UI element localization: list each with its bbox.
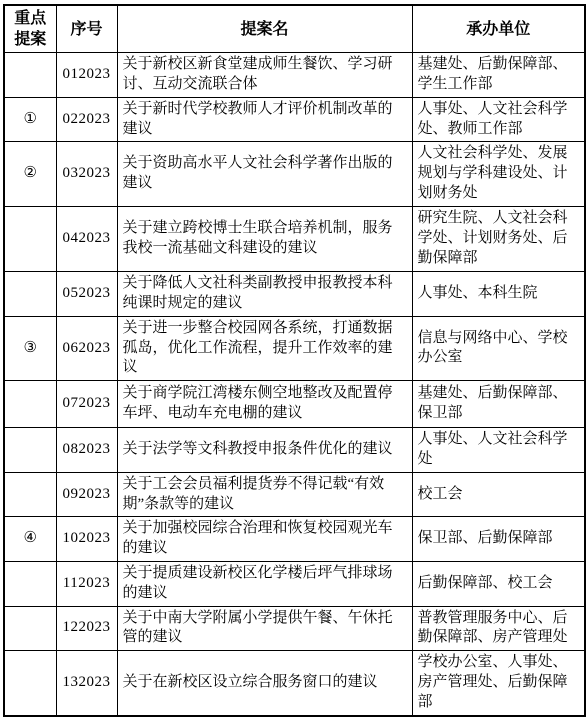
table-row: 132023 关于在新校区设立综合服务窗口的建议 学校办公室、人事处、房产管理处…: [4, 651, 585, 716]
proposal-name: 关于新时代学校教师人才评价机制改革的建议: [117, 97, 412, 142]
responsible-units: 保卫部、后勤保障部: [412, 517, 585, 562]
key-marker: [4, 53, 56, 98]
serial-number: 032023: [56, 142, 117, 206]
table-row: 042023 关于建立跨校博士生联合培养机制，服务我校一流基础文科建设的建议 研…: [4, 206, 585, 271]
key-marker: [4, 271, 56, 316]
col-header-serial: 序号: [56, 5, 117, 53]
key-marker: [4, 472, 56, 517]
key-marker: [4, 606, 56, 651]
key-marker: ③: [4, 316, 56, 380]
responsible-units: 基建处、后勤保障部、学生工作部: [412, 53, 585, 98]
key-marker: [4, 561, 56, 606]
table-row: ③ 062023 关于进一步整合校园网各系统，打通数据孤岛，优化工作流程，提升工…: [4, 316, 585, 380]
table-row: 052023 关于降低人文社科类副教授申报教授本科纯课时规定的建议 人事处、本科…: [4, 271, 585, 316]
proposal-name: 关于加强校园综合治理和恢复校园观光车的建议: [117, 517, 412, 562]
key-marker: [4, 428, 56, 473]
serial-number: 012023: [56, 53, 117, 98]
proposal-name: 关于进一步整合校园网各系统，打通数据孤岛，优化工作流程，提升工作效率的建议: [117, 316, 412, 380]
serial-number: 122023: [56, 606, 117, 651]
table-row: ② 032023 关于资助高水平人文社会科学著作出版的建议 人文社会科学处、发展…: [4, 142, 585, 206]
serial-number: 132023: [56, 651, 117, 716]
key-marker: ④: [4, 517, 56, 562]
proposal-name: 关于资助高水平人文社会科学著作出版的建议: [117, 142, 412, 206]
serial-number: 102023: [56, 517, 117, 562]
serial-number: 052023: [56, 271, 117, 316]
responsible-units: 人事处、人文社会科学处、教师工作部: [412, 97, 585, 142]
responsible-units: 基建处、后勤保障部、保卫部: [412, 381, 585, 428]
header-row: 重点 提案 序号 提案名 承办单位: [4, 5, 585, 53]
responsible-units: 人事处、本科生院: [412, 271, 585, 316]
proposal-name: 关于新校区新食堂建成师生餐饮、学习研讨、互动交流联合体: [117, 53, 412, 98]
responsible-units: 学校办公室、人事处、房产管理处、后勤保障部: [412, 651, 585, 716]
key-marker: [4, 651, 56, 716]
table-row: 072023 关于商学院江湾楼东侧空地整改及配置停车坪、电动车充电棚的建议 基建…: [4, 381, 585, 428]
serial-number: 082023: [56, 428, 117, 473]
proposal-name: 关于工会会员福利提货券不得记载“有效期”条款等的建议: [117, 472, 412, 517]
responsible-units: 后勤保障部、校工会: [412, 561, 585, 606]
responsible-units: 信息与网络中心、学校办公室: [412, 316, 585, 380]
key-marker: [4, 381, 56, 428]
col-header-key-proposal: 重点 提案: [4, 5, 56, 53]
responsible-units: 研究生院、人文社会科学处、计划财务处、后勤保障部: [412, 206, 585, 271]
serial-number: 112023: [56, 561, 117, 606]
proposal-name: 关于法学等文科教授申报条件优化的建议: [117, 428, 412, 473]
serial-number: 072023: [56, 381, 117, 428]
table-row: ④ 102023 关于加强校园综合治理和恢复校园观光车的建议 保卫部、后勤保障部: [4, 517, 585, 562]
table-row: 122023 关于中南大学附属小学提供午餐、午休托管的建议 普教管理服务中心、后…: [4, 606, 585, 651]
proposal-name: 关于商学院江湾楼东侧空地整改及配置停车坪、电动车充电棚的建议: [117, 381, 412, 428]
proposal-name: 关于在新校区设立综合服务窗口的建议: [117, 651, 412, 716]
table-row: 112023 关于提质建设新校区化学楼后坪气排球场的建议 后勤保障部、校工会: [4, 561, 585, 606]
serial-number: 092023: [56, 472, 117, 517]
serial-number: 062023: [56, 316, 117, 380]
serial-number: 042023: [56, 206, 117, 271]
key-marker: ①: [4, 97, 56, 142]
responsible-units: 人文社会科学处、发展规划与学科建设处、计划财务处: [412, 142, 585, 206]
proposal-name: 关于中南大学附属小学提供午餐、午休托管的建议: [117, 606, 412, 651]
key-marker: [4, 206, 56, 271]
proposal-table: 重点 提案 序号 提案名 承办单位 012023 关于新校区新食堂建成师生餐饮、…: [3, 4, 586, 717]
table-row: 012023 关于新校区新食堂建成师生餐饮、学习研讨、互动交流联合体 基建处、后…: [4, 53, 585, 98]
key-marker: ②: [4, 142, 56, 206]
proposal-name: 关于建立跨校博士生联合培养机制，服务我校一流基础文科建设的建议: [117, 206, 412, 271]
document-page: 重点 提案 序号 提案名 承办单位 012023 关于新校区新食堂建成师生餐饮、…: [0, 0, 588, 685]
col-header-proposal-name: 提案名: [117, 5, 412, 53]
responsible-units: 普教管理服务中心、后勤保障部、房产管理处: [412, 606, 585, 651]
table-row: ① 022023 关于新时代学校教师人才评价机制改革的建议 人事处、人文社会科学…: [4, 97, 585, 142]
responsible-units: 人事处、人文社会科学处: [412, 428, 585, 473]
serial-number: 022023: [56, 97, 117, 142]
proposal-name: 关于降低人文社科类副教授申报教授本科纯课时规定的建议: [117, 271, 412, 316]
col-header-units: 承办单位: [412, 5, 585, 53]
proposal-name: 关于提质建设新校区化学楼后坪气排球场的建议: [117, 561, 412, 606]
table-row: 092023 关于工会会员福利提货券不得记载“有效期”条款等的建议 校工会: [4, 472, 585, 517]
table-row: 082023 关于法学等文科教授申报条件优化的建议 人事处、人文社会科学处: [4, 428, 585, 473]
responsible-units: 校工会: [412, 472, 585, 517]
